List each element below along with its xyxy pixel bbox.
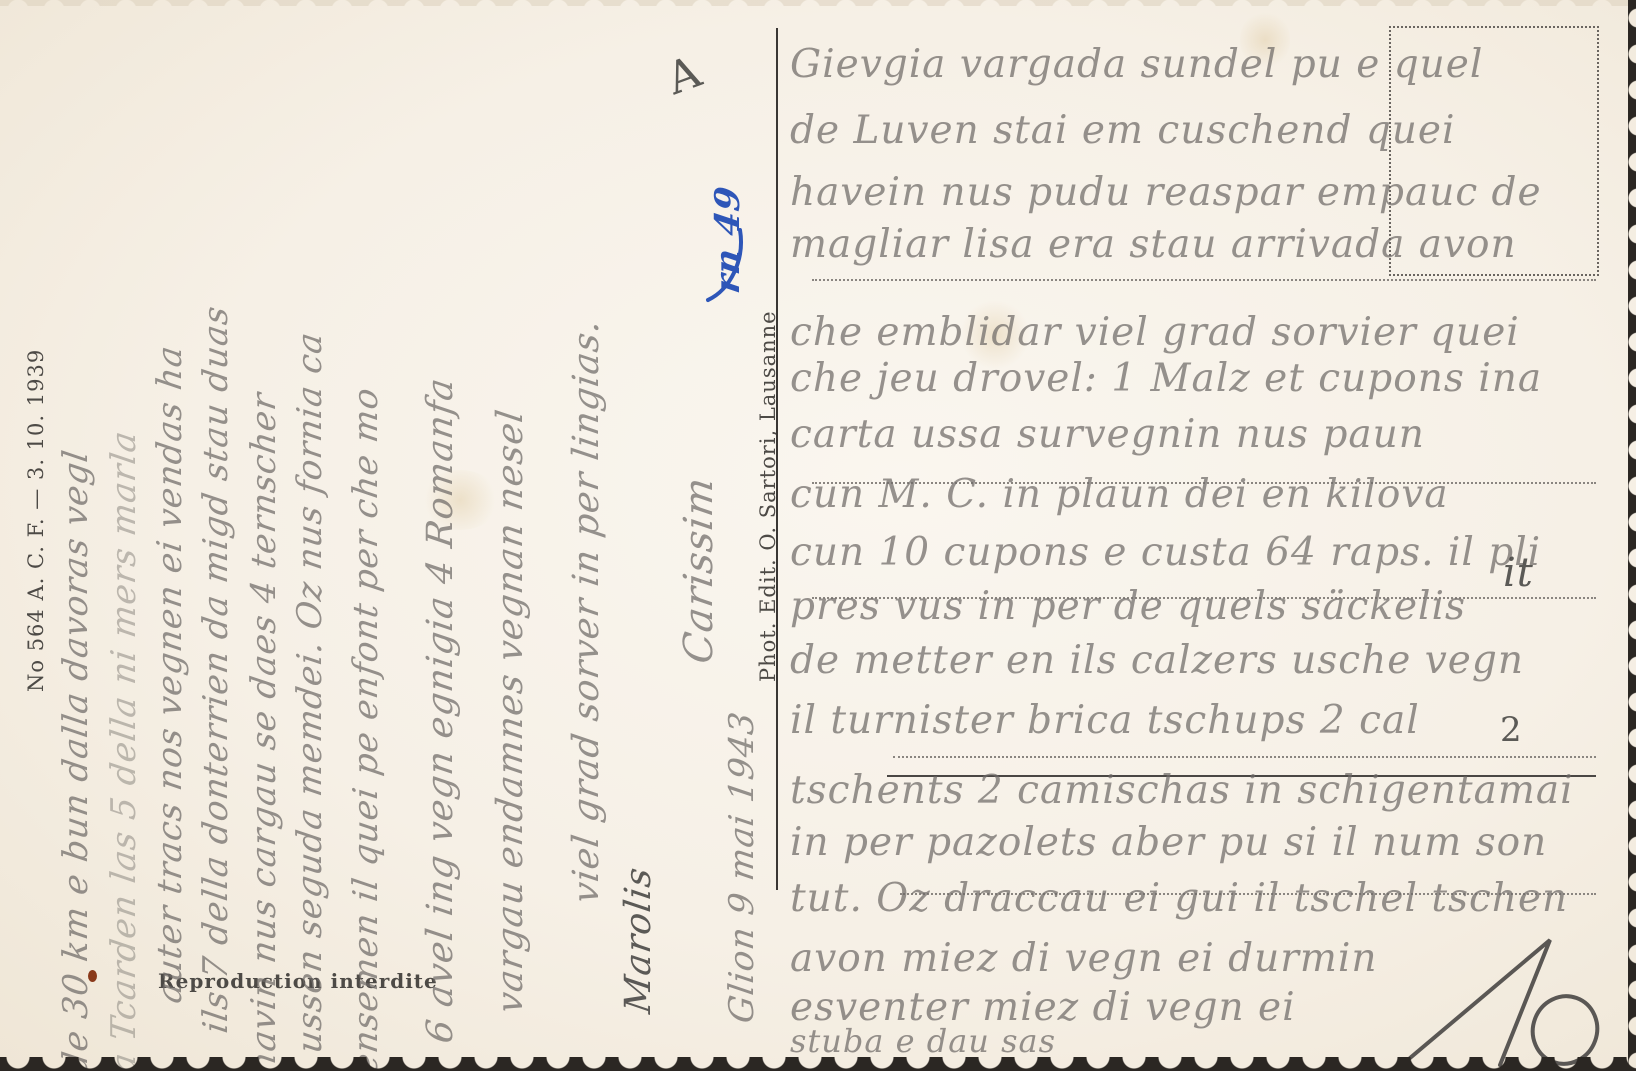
handwriting-column: vargau endamnes vegnan nesel: [490, 407, 531, 1016]
deckled-top-edge: [0, 0, 1636, 6]
blue-ink-stroke: [700, 220, 760, 310]
handwriting-column: ils 7 della donterrien da migd stau duas: [196, 303, 236, 1036]
handwriting-line: de Luven stai em cuschend quei: [790, 108, 1455, 153]
catalog-number-line: No 564 A. C. F. — 3. 10. 1939: [24, 349, 48, 692]
center-divider-line: [776, 28, 778, 890]
handwriting-line: Gievgia vargada sundel pu e quel: [790, 42, 1483, 87]
handwriting-line: cun 10 cupons e custa 64 raps. il pli: [790, 530, 1541, 575]
handwriting-line: che emblidar viel grad sorvier quei: [790, 310, 1520, 355]
handwriting-line: magliar lisa era stau arrivada avon: [790, 222, 1517, 267]
handwriting-line: pres vus in per de quels säckelis: [790, 584, 1466, 629]
handwriting-column: havin nus cargau se daes 4 ternscher: [244, 390, 284, 1071]
handwriting-salutation: Marolis: [618, 864, 659, 1015]
deckled-bottom-edge: [0, 1057, 1636, 1071]
handwriting-line: havein nus pudu reaspar empauc de: [790, 170, 1542, 215]
handwriting-column: auter tracs nos vegnen ei vendas ha: [150, 343, 190, 1006]
handwriting-line: cun M. C. in plaun dei en kilova: [790, 472, 1449, 517]
deckled-right-edge: [1628, 0, 1636, 1071]
handwriting-line: carta ussa survegnin nus paun: [790, 412, 1425, 457]
address-line-1: [812, 279, 1596, 281]
handwriting-line: che jeu drovel: 1 Malz et cupons ina: [790, 356, 1542, 401]
handwriting-column: viel grad sorver in per lingias.: [566, 317, 607, 906]
pencil-mark-a: A: [660, 46, 708, 105]
handwriting-superscript: 2: [1500, 710, 1523, 750]
handwriting-line: de metter en ils calzers usche vegn: [790, 638, 1524, 683]
handwriting-note: it: [1503, 550, 1534, 596]
handwriting-line: avon miez di vegn ei durmin: [790, 936, 1377, 981]
handwriting-column: 6 avel ing vegn egnigia 4 Romanfa: [420, 375, 461, 1046]
handwriting-line: tschents 2 camischas in schigentamai: [790, 768, 1574, 813]
handwriting-line: tut. Oz draccau ei gui il tschel tschen: [790, 876, 1568, 921]
handwriting-line: il turnister brica tschups 2 cal: [790, 698, 1420, 743]
handwriting-column: ussen seguda memdei. Oz nus fornia ca: [290, 329, 330, 1055]
handwriting-line: stuba e dau sas: [790, 1022, 1056, 1060]
large-number-10-mark: [1400, 930, 1630, 1070]
postcard-back: No 564 A. C. F. — 3. 10. 1939 Phot. Edit…: [0, 0, 1636, 1071]
handwriting-greeting: Carissim: [676, 474, 722, 667]
address-line-4: [893, 756, 1596, 758]
handwriting-date: Glion 9 mai 1943: [722, 709, 762, 1026]
handwriting-line: in per pazolets aber pu si il num son: [790, 820, 1547, 865]
handwriting-column: ensemen il quei pe enfont per che mo: [346, 385, 386, 1071]
handwriting-column: a Tcarden las 5 della ni mers marla: [104, 428, 144, 1071]
handwriting-column: de 30 km e bun dalla davoras vegl: [56, 447, 96, 1071]
